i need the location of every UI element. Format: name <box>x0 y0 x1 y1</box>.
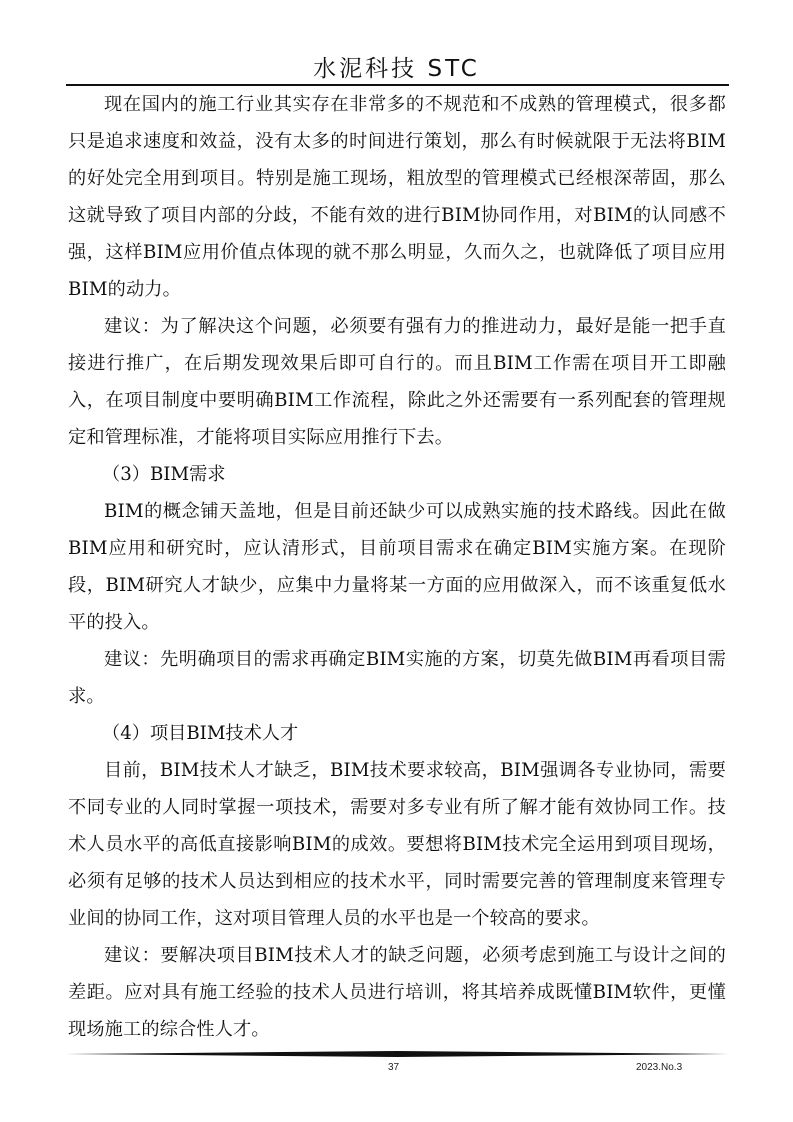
section-heading-bim-talent: （4）项目BIM技术人才 <box>68 715 726 752</box>
paragraph-management-mode: 现在国内的施工行业其实存在非常多的不规范和不成熟的管理模式，很多都只是追求速度和… <box>68 86 726 308</box>
issue-label: 2023.No.3 <box>636 1062 682 1073</box>
paragraph-suggestion-3: 建议：要解决项目BIM技术人才的缺乏问题，必须考虑到施工与设计之间的差距。应对具… <box>68 937 726 1048</box>
paragraph-bim-demand: BIM的概念铺天盖地，但是目前还缺少可以成熟实施的技术路线。因此在做BIM应用和… <box>68 493 726 641</box>
article-body: 现在国内的施工行业其实存在非常多的不规范和不成熟的管理模式，很多都只是追求速度和… <box>68 86 726 1048</box>
page-number: 37 <box>388 1062 399 1073</box>
journal-title: 水泥科技 STC <box>0 50 793 83</box>
paragraph-bim-talent: 目前，BIM技术人才缺乏，BIM技术要求较高，BIM强调各专业协同，需要不同专业… <box>68 752 726 937</box>
paragraph-suggestion-1: 建议：为了解决这个问题，必须要有强有力的推进动力，最好是能一把手直接进行推广，在… <box>68 308 726 456</box>
section-heading-bim-demand: （3）BIM需求 <box>68 456 726 493</box>
footer-divider <box>66 1051 729 1057</box>
paragraph-suggestion-2: 建议：先明确项目的需求再确定BIM实施的方案，切莫先做BIM再看项目需求。 <box>68 641 726 715</box>
